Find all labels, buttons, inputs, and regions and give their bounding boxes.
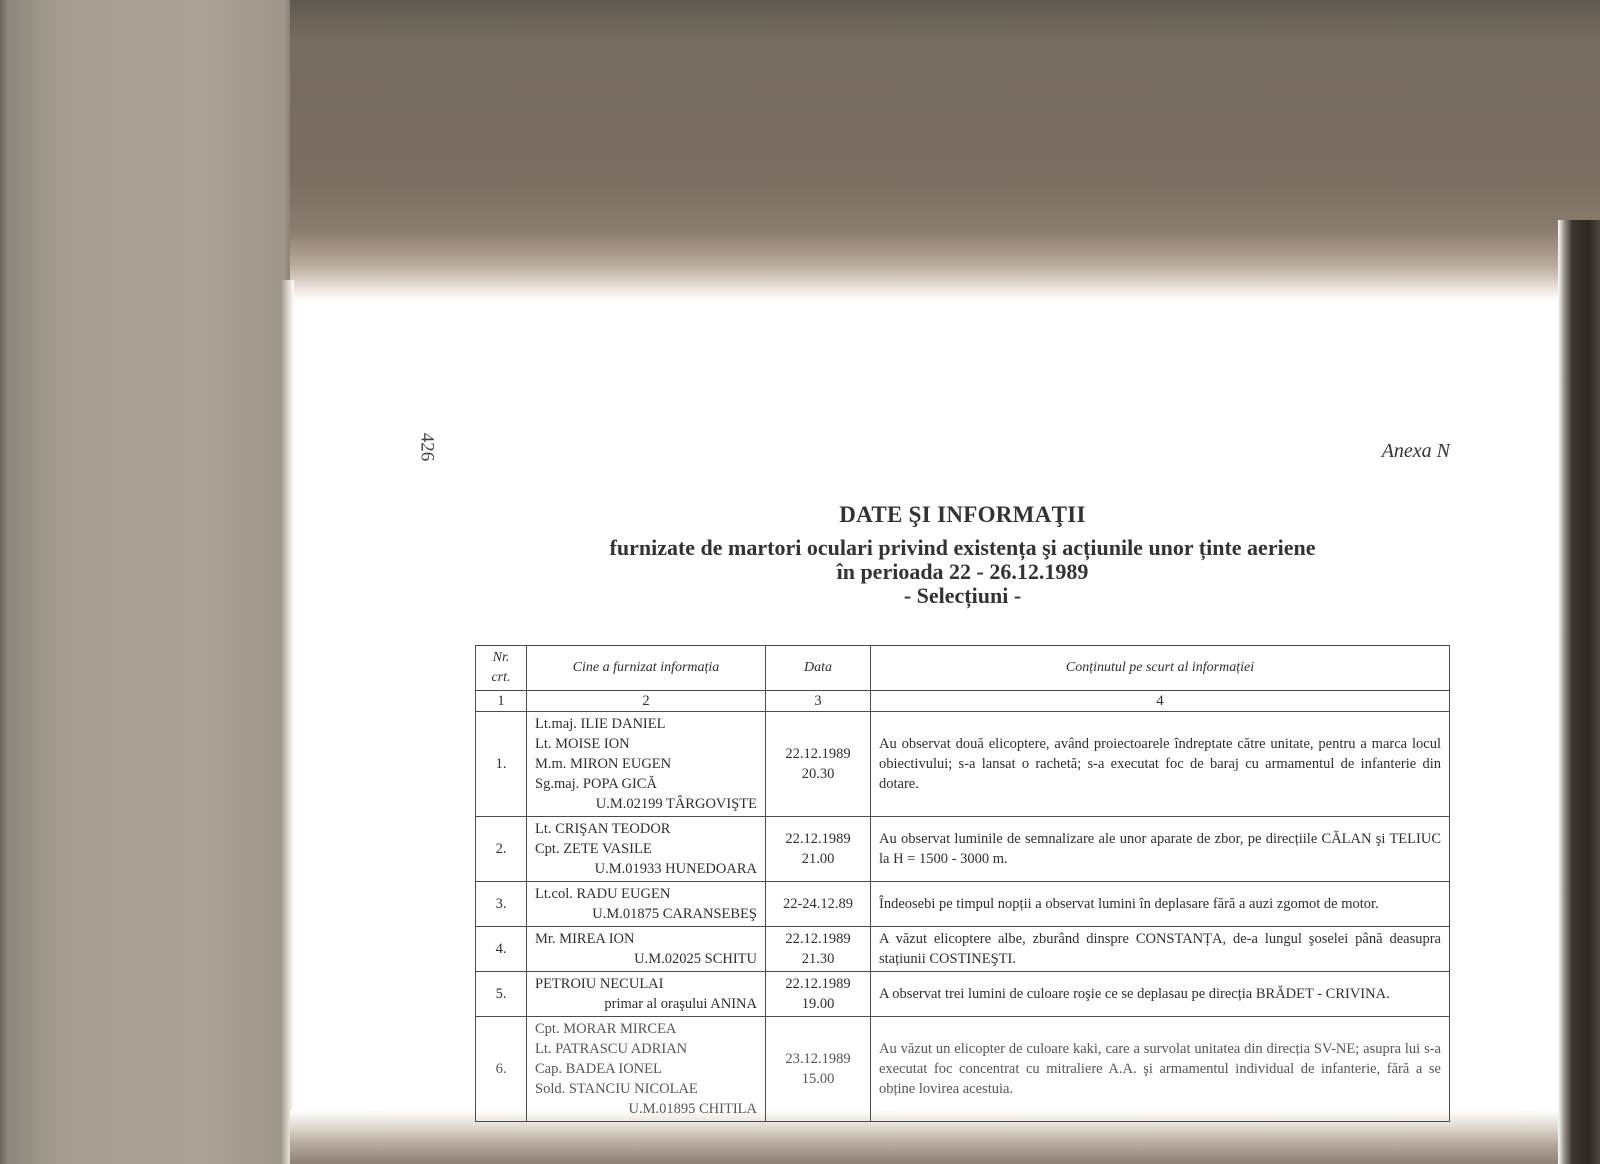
provider-unit: U.M.01933 HUNEDOARA xyxy=(535,859,757,879)
provider-name: Lt.maj. ILIE DANIEL xyxy=(535,714,757,734)
provider-name: Cpt. ZETE VASILE xyxy=(535,839,757,859)
column-number: 1 xyxy=(476,691,527,712)
info-cell: A observat trei lumini de culoare roşie … xyxy=(871,972,1450,1017)
row-number: 5. xyxy=(476,972,527,1017)
date-cell: 22.12.198921.00 xyxy=(766,817,871,882)
row-number: 3. xyxy=(476,882,527,927)
column-number: 4 xyxy=(871,691,1450,712)
date-value: 22.12.1989 xyxy=(774,744,862,764)
book-spine-edge xyxy=(1558,220,1600,1164)
table-row: 5.PETROIU NECULAIprimar al oraşului ANIN… xyxy=(476,972,1450,1017)
date-value: 22.12.1989 xyxy=(774,974,862,994)
scan-background-left xyxy=(0,0,290,1164)
date-value: 19.00 xyxy=(774,994,862,1014)
provider-unit: U.M.01875 CARANSEBEŞ xyxy=(535,904,757,924)
page-number: 426 xyxy=(415,433,437,462)
document-subtitle-line: - Selecțiuni - xyxy=(475,584,1450,608)
date-cell: 22-24.12.89 xyxy=(766,882,871,927)
provider-unit: primar al oraşului ANINA xyxy=(535,994,757,1014)
provider-unit: U.M.02025 SCHITU xyxy=(535,949,757,969)
header-who: Cine a furnizat informația xyxy=(527,646,766,691)
table-row: 4.Mr. MIREA IONU.M.02025 SCHITU22.12.198… xyxy=(476,927,1450,972)
column-number: 3 xyxy=(766,691,871,712)
date-value: 22.12.1989 xyxy=(774,929,862,949)
provider-unit: U.M.02199 TÂRGOVIŞTE xyxy=(535,794,757,814)
header-nr: Nr.crt. xyxy=(476,646,527,691)
provider-name: Lt.col. RADU EUGEN xyxy=(535,884,757,904)
provider-name: Cap. BADEA IONEL xyxy=(535,1059,757,1079)
date-value: 21.00 xyxy=(774,849,862,869)
annex-label: Anexa N xyxy=(1382,440,1450,463)
provider-unit: U.M.01895 CHITILA xyxy=(535,1099,757,1119)
provider-name: PETROIU NECULAI xyxy=(535,974,757,994)
provider-cell: Mr. MIREA IONU.M.02025 SCHITU xyxy=(527,927,766,972)
info-cell: Au observat două elicoptere, având proie… xyxy=(871,712,1450,817)
date-value: 15.00 xyxy=(774,1069,862,1089)
date-cell: 22.12.198920.30 xyxy=(766,712,871,817)
row-number: 1. xyxy=(476,712,527,817)
provider-name: Lt. CRIŞAN TEODOR xyxy=(535,819,757,839)
provider-cell: Cpt. MORAR MIRCEALt. PATRASCU ADRIANCap.… xyxy=(527,1017,766,1122)
provider-name: Mr. MIREA ION xyxy=(535,929,757,949)
header-info: Conținutul pe scurt al informației xyxy=(871,646,1450,691)
row-number: 6. xyxy=(476,1017,527,1122)
document-subtitle-line: în perioada 22 - 26.12.1989 xyxy=(475,560,1450,584)
provider-cell: PETROIU NECULAIprimar al oraşului ANINA xyxy=(527,972,766,1017)
date-cell: 23.12.198915.00 xyxy=(766,1017,871,1122)
document-subtitle-line: furnizate de martori oculari privind exi… xyxy=(475,536,1450,560)
date-cell: 22.12.198921.30 xyxy=(766,927,871,972)
date-value: 21.30 xyxy=(774,949,862,969)
table-header-row: Nr.crt. Cine a furnizat informația Data … xyxy=(476,646,1450,691)
table-row: 3.Lt.col. RADU EUGENU.M.01875 CARANSEBEŞ… xyxy=(476,882,1450,927)
provider-name: Lt. PATRASCU ADRIAN xyxy=(535,1039,757,1059)
table-row: 2.Lt. CRIŞAN TEODORCpt. ZETE VASILEU.M.0… xyxy=(476,817,1450,882)
provider-cell: Lt.maj. ILIE DANIELLt. MOISE IONM.m. MIR… xyxy=(527,712,766,817)
date-value: 22-24.12.89 xyxy=(774,894,862,914)
info-cell: Au văzut un elicopter de culoare kaki, c… xyxy=(871,1017,1450,1122)
page-edge-shadow xyxy=(280,280,294,1164)
date-value: 23.12.1989 xyxy=(774,1049,862,1069)
scan-background-top xyxy=(290,0,1600,300)
info-cell: Au observat luminile de semnalizare ale … xyxy=(871,817,1450,882)
provider-name: Sg.maj. POPA GICĂ xyxy=(535,774,757,794)
date-value: 20.30 xyxy=(774,764,862,784)
title-block: DATE ŞI INFORMAŢII furnizate de martori … xyxy=(475,500,1450,608)
date-cell: 22.12.198919.00 xyxy=(766,972,871,1017)
provider-name: Cpt. MORAR MIRCEA xyxy=(535,1019,757,1039)
provider-cell: Lt.col. RADU EUGENU.M.01875 CARANSEBEŞ xyxy=(527,882,766,927)
info-cell: Îndeosebi pe timpul nopții a observat lu… xyxy=(871,882,1450,927)
provider-cell: Lt. CRIŞAN TEODORCpt. ZETE VASILEU.M.019… xyxy=(527,817,766,882)
column-number: 2 xyxy=(527,691,766,712)
row-number: 4. xyxy=(476,927,527,972)
header-date: Data xyxy=(766,646,871,691)
document-title: DATE ŞI INFORMAŢII xyxy=(475,500,1450,530)
date-value: 22.12.1989 xyxy=(774,829,862,849)
table-row: 1.Lt.maj. ILIE DANIELLt. MOISE IONM.m. M… xyxy=(476,712,1450,817)
table-row: 6.Cpt. MORAR MIRCEALt. PATRASCU ADRIANCa… xyxy=(476,1017,1450,1122)
provider-name: M.m. MIRON EUGEN xyxy=(535,754,757,774)
row-number: 2. xyxy=(476,817,527,882)
column-number-row: 1 2 3 4 xyxy=(476,691,1450,712)
info-cell: A văzut elicoptere albe, zburând dinspre… xyxy=(871,927,1450,972)
provider-name: Lt. MOISE ION xyxy=(535,734,757,754)
witness-table: Nr.crt. Cine a furnizat informația Data … xyxy=(475,645,1450,1122)
provider-name: Sold. STANCIU NICOLAE xyxy=(535,1079,757,1099)
